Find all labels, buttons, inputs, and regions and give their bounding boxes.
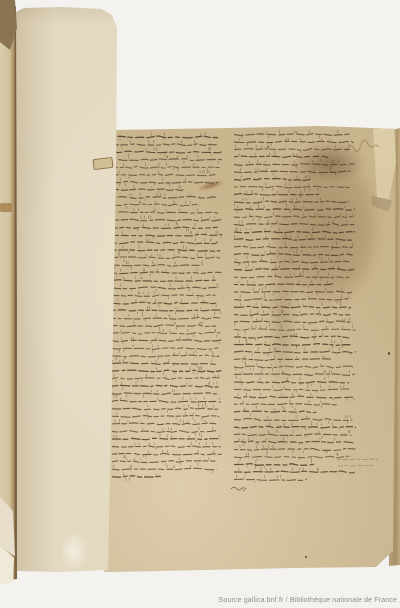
book-spine-edge xyxy=(0,0,17,582)
marginal-note-line-2 xyxy=(338,465,373,466)
flyleaf-torn-patch xyxy=(58,528,90,574)
spine-sewing-tab xyxy=(0,203,12,212)
manuscript-text-columns xyxy=(112,130,356,483)
source-caption-bar: Source gallica.bnf.fr / Bibliothèque nat… xyxy=(0,588,400,608)
catchword-mark xyxy=(231,487,246,490)
marginal-note-line-1 xyxy=(337,459,378,460)
catchword-dot xyxy=(243,490,245,492)
gallica-scan-page: { "image": { "width": 400, "height": 608… xyxy=(0,0,400,608)
source-caption-text: Source gallica.bnf.fr / Bibliothèque nat… xyxy=(219,597,397,605)
